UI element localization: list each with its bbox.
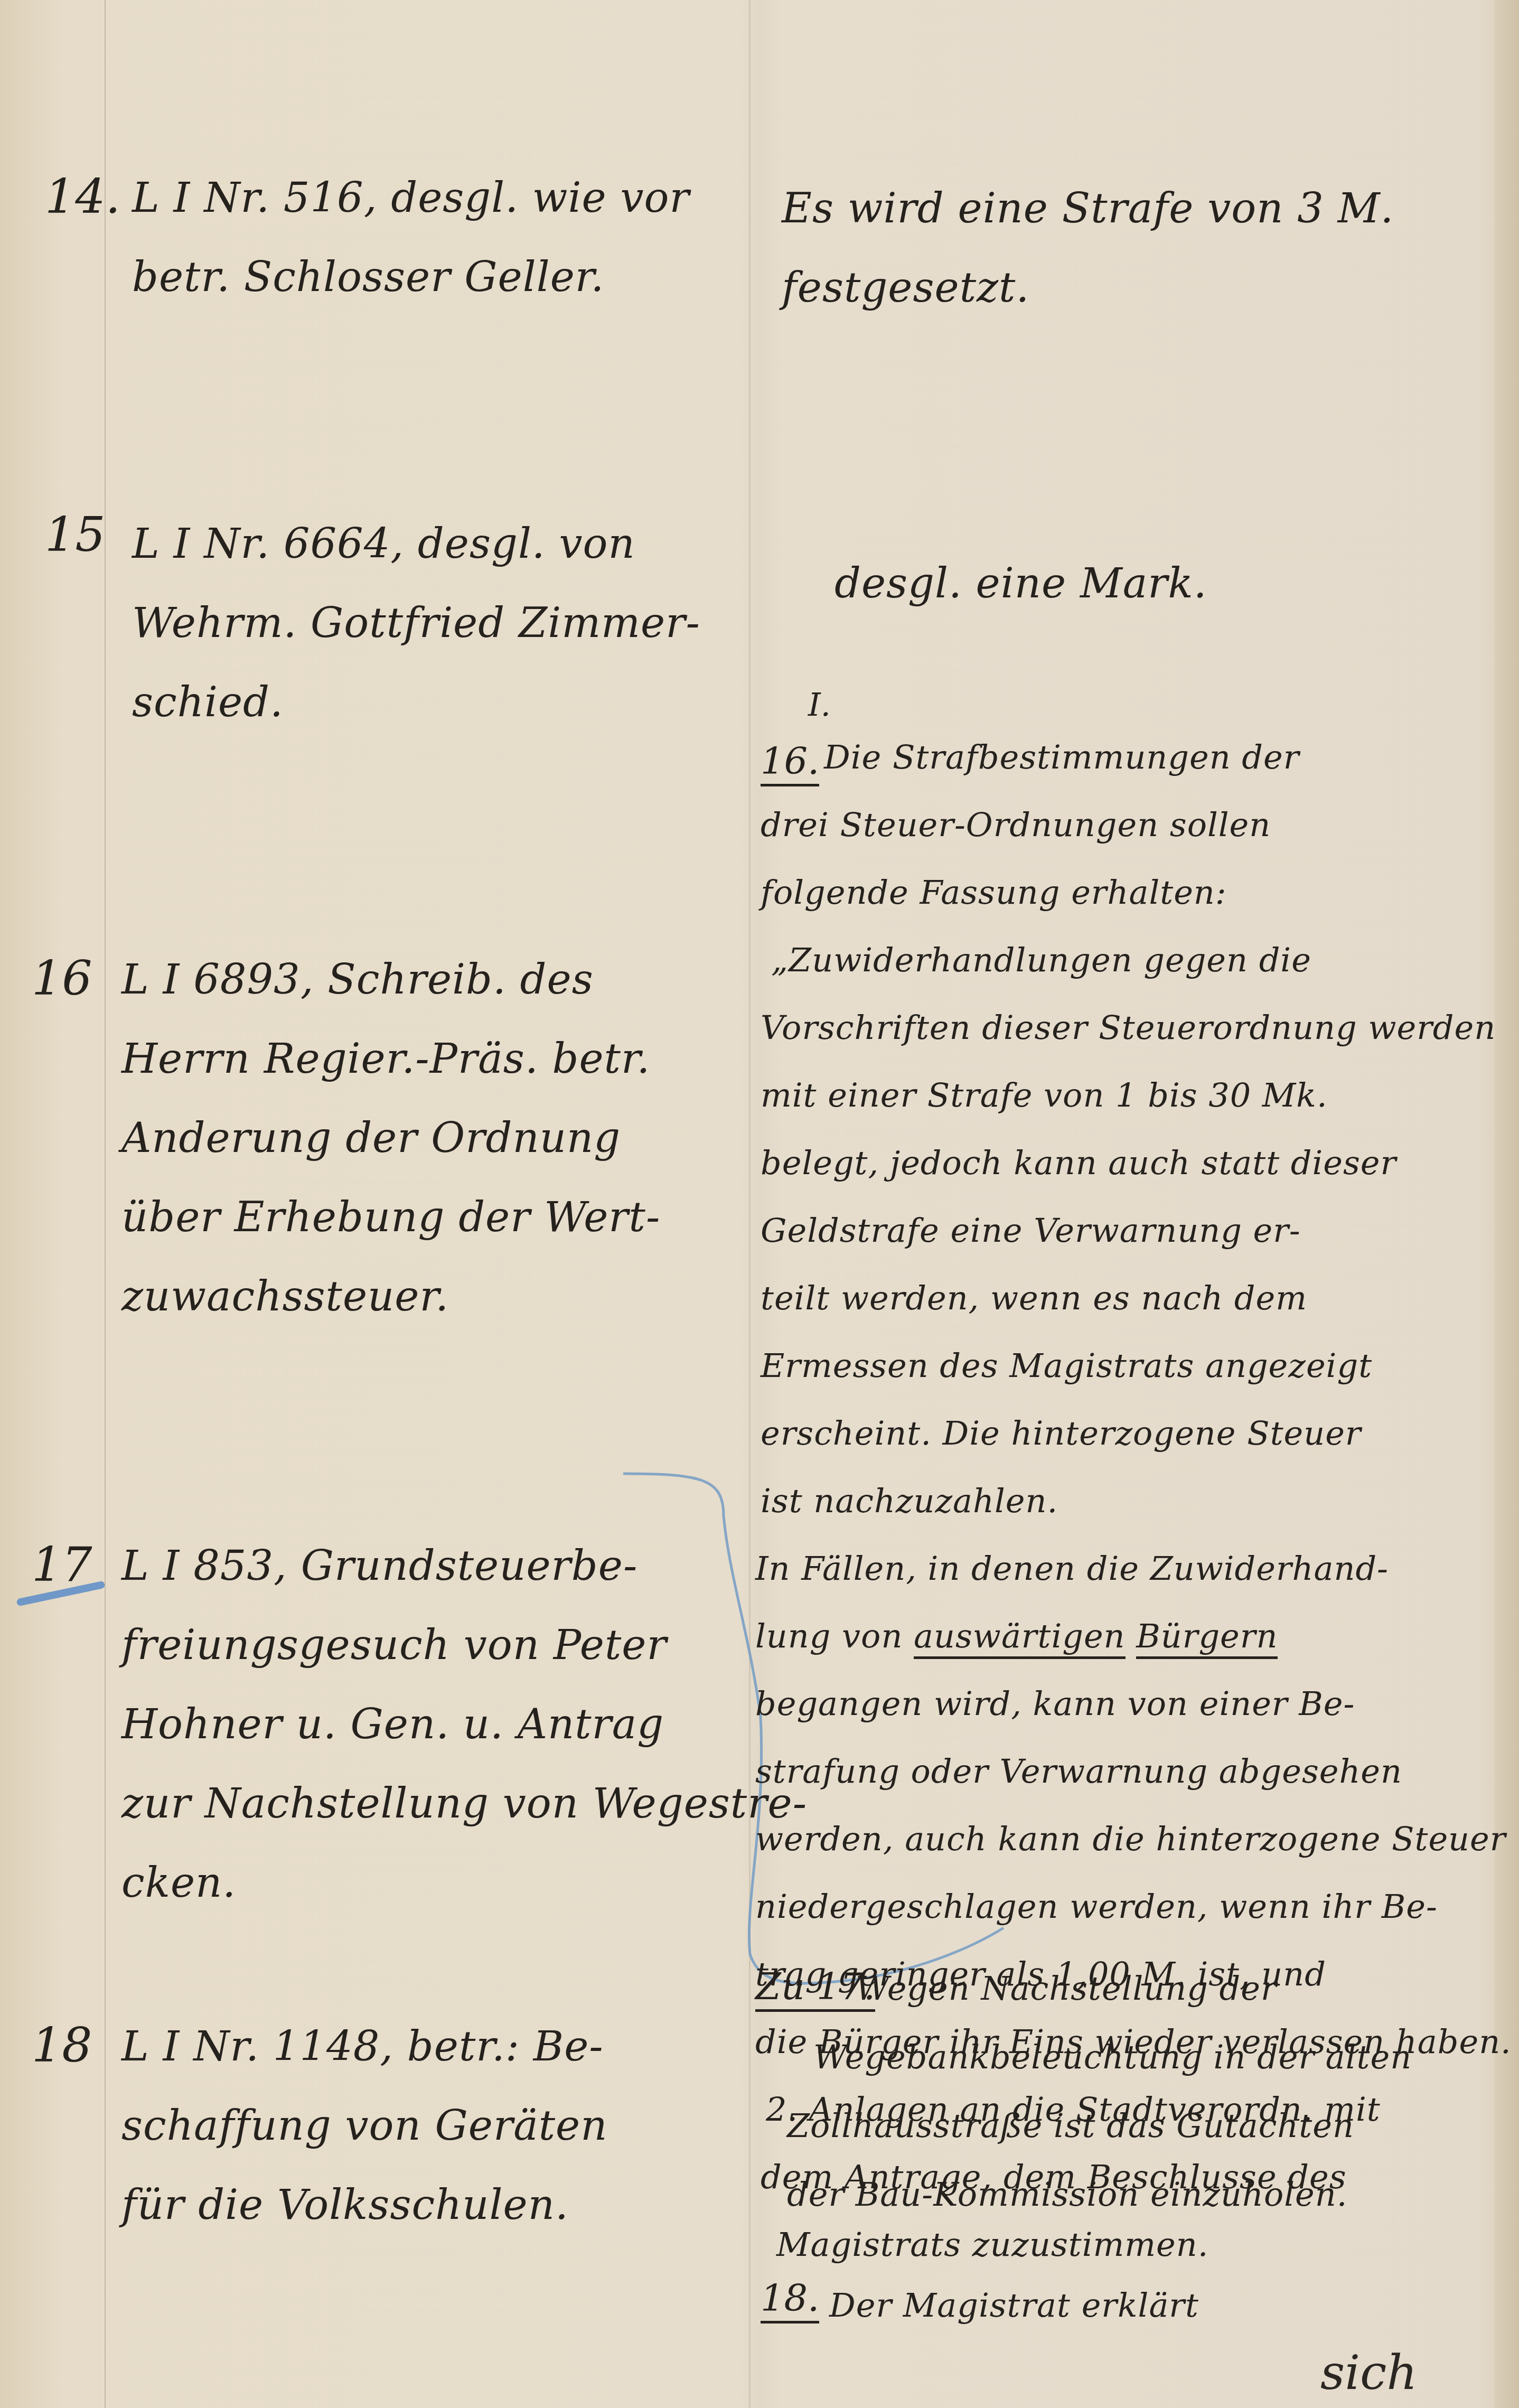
text-line: Zollhausstraße ist das Gutachten [787,2092,1412,2160]
resolution-18: Der Magistrat erklärt [829,2266,1199,2345]
text-line: Es wird eine Strafe von 3 M. [782,169,1394,248]
text-line: freiungsgesuch von Peter [121,1606,807,1685]
item-number: 18. [761,2276,819,2323]
text-line: betr. Schlosser Geller. [132,238,690,317]
text-line: Die Strafbestimmungen der [824,724,1512,791]
text-line: lung von auswärtigen Bürgern [755,1603,1512,1670]
text-line: erscheint. Die hinterzogene Steuer [761,1400,1512,1467]
item-number: 14. [45,169,120,224]
text-line: Herrn Regier.-Präs. betr. [121,1019,660,1099]
item-number: 18 [32,2018,92,2073]
text-line: L I Nr. 516, desgl. wie vor [132,158,690,238]
agenda-item-18: L I Nr. 1148, betr.: Be- schaffung von G… [121,2007,607,2245]
text-line: Wegen Nachstellung der [856,1954,1412,2023]
text-line: schied. [132,663,700,742]
text-line: der Bau-Kommission einzuholen. [787,2160,1412,2229]
text-line: drei Steuer-Ordnungen sollen [761,791,1512,859]
item-number: 15 [45,507,106,563]
text-line: „Zuwiderhandlungen gegen die [771,926,1512,994]
text-line: Wehrm. Gottfried Zimmer- [132,584,700,663]
text-line: folgende Fassung erhalten: [761,859,1512,926]
text-line: für die Volksschulen. [121,2166,607,2245]
text-line: festgesetzt. [782,248,1394,327]
text-line: L I 6893, Schreib. des [121,940,660,1019]
underlined-text: lung von auswärtigen Bürgern [755,1617,1278,1659]
text-line: Hohner u. Gen. u. Antrag [121,1685,807,1764]
text-line: cken. [121,1843,807,1923]
text-line: Vorschriften dieser Steuerordnung werden [761,994,1512,1062]
text-line: niedergeschlagen werden, wenn ihr Be- [755,1873,1512,1941]
item-number: 16 [32,951,92,1006]
resolution-17: Wegen Nachstellung der Wegebankbeleuchtu… [856,1954,1412,2229]
text-line: über Erhebung der Wert- [121,1178,660,1257]
text-line: desgl. eine Mark. [834,544,1207,623]
text-line: strafung oder Verwarnung abgesehen [755,1738,1512,1805]
text-line: Ermessen des Magistrats angezeigt [761,1332,1512,1400]
text-line: Anderung der Ordnung [121,1099,660,1178]
text-line: zur Nachstellung von Wegestre- [121,1764,807,1843]
agenda-item-14: L I Nr. 516, desgl. wie vor betr. Schlos… [132,158,690,317]
text-line: In Fällen, in denen die Zuwiderhand- [755,1535,1512,1603]
document-page: 14. L I Nr. 516, desgl. wie vor betr. Sc… [0,0,1519,2408]
text-line: begangen wird, kann von einer Be- [755,1670,1512,1738]
resolution-14: Es wird eine Strafe von 3 M. festgesetzt… [782,169,1394,327]
item-number: 16. [761,739,819,786]
text-line: L I Nr. 1148, betr.: Be- [121,2007,607,2086]
resolution-15: desgl. eine Mark. [834,544,1207,623]
agenda-item-17: L I 853, Grundsteuerbe- freiungsgesuch v… [121,1526,807,1923]
agenda-item-15: L I Nr. 6664, desgl. von Wehrm. Gottfrie… [132,504,700,742]
text-line: Der Magistrat erklärt [829,2266,1199,2345]
text-line: L I Nr. 6664, desgl. von [132,504,700,584]
agenda-item-16: L I 6893, Schreib. des Herrn Regier.-Prä… [121,940,660,1336]
item-prefix: I. [808,687,831,724]
text-line: L I 853, Grundsteuerbe- [121,1526,807,1606]
item-number: 17 [32,1537,92,1592]
continuation-word: sich [1320,2345,1417,2401]
text-line: Geldstrafe eine Verwarnung er- [761,1197,1512,1264]
text-line: werden, auch kann die hinterzogene Steue… [755,1805,1512,1873]
text-line: belegt, jedoch kann auch statt dieser [761,1129,1512,1197]
text-line: teilt werden, wenn es nach dem [761,1264,1512,1332]
text-line: zuwachssteuer. [121,1257,660,1336]
text-line: Wegebankbeleuchtung in der alten [813,2023,1412,2092]
text-line: mit einer Strafe von 1 bis 30 Mk. [761,1062,1512,1129]
text-line: schaffung von Geräten [121,2086,607,2166]
text-line: ist nachzuzahlen. [761,1467,1512,1535]
